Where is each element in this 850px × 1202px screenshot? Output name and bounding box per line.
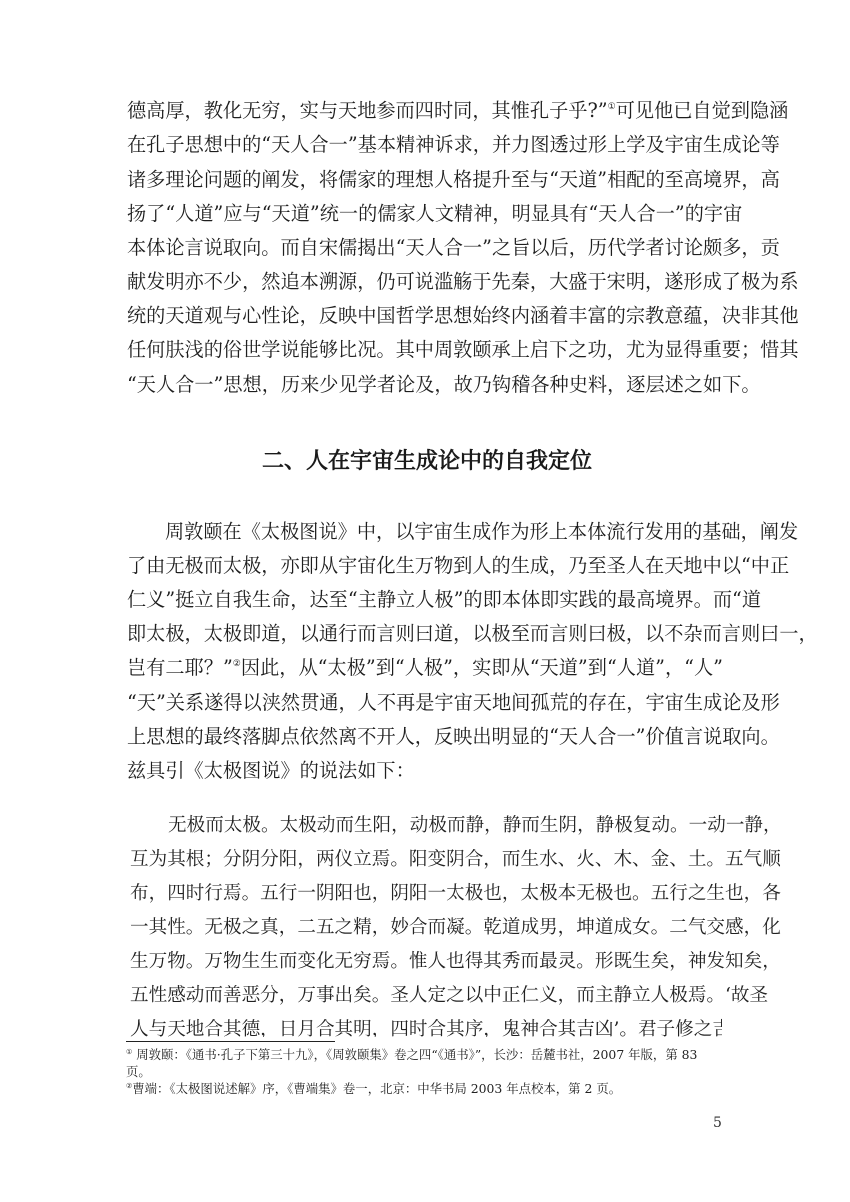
line-text: 岂有二耶？” bbox=[127, 656, 233, 679]
line-text: 可见他已自觉到隐涵 bbox=[616, 99, 789, 122]
paragraph-2-line-3: 仁义”挺立自我生命，达至“主静立人极”的即本体即实践的最高境界。而“道 bbox=[127, 585, 723, 615]
footnote-2: ②曹端：《太极图说述解》序，《曹端集》卷一，北京：中华书局 2003 年点校本，… bbox=[126, 1081, 726, 1097]
page-number: 5 bbox=[713, 1115, 722, 1131]
footnote-1: ① 周敦颐：《通书·孔子下第三十九》，《周敦颐集》卷之四“《通书》”，长沙：岳麓… bbox=[126, 1047, 726, 1063]
footnote-2-text: 曹端：《太极图说述解》序，《曹端集》卷一，北京：中华书局 2003 年点校本，第… bbox=[132, 1081, 621, 1096]
footnote-ref-2[interactable]: ② bbox=[233, 659, 241, 669]
footnote-1-text: 周敦颐：《通书·孔子下第三十九》，《周敦颐集》卷之四“《通书》”，长沙：岳麓书社… bbox=[132, 1047, 697, 1062]
paragraph-2-line-2: 了由无极而太极，亦即从宇宙化生万物到人的生成，乃至圣人在天地中以“中正 bbox=[127, 551, 723, 581]
paragraph-1-line-4: 扬了“人道”应与“天道”统一的儒家人文精神，明显具有“天人合一”的宇宙 bbox=[127, 199, 723, 229]
quote-line-7: 人与天地合其德，日月合其明，四时合其序，鬼神合其吉凶’。君子修之吉，小 bbox=[130, 1015, 722, 1037]
paragraph-1-line-7: 统的天道观与心性论，反映中国哲学思想始终内涵着丰富的宗教意蕴，决非其他 bbox=[127, 301, 723, 331]
paragraph-2-line-8: 兹具引《太极图说》的说法如下： bbox=[127, 756, 723, 786]
footnote-1-continuation: 页。 bbox=[126, 1064, 726, 1080]
quote-line-4: 一其性。无极之真，二五之精，妙合而凝。乾道成男，坤道成女。二气交感，化 bbox=[130, 913, 722, 943]
quote-line-6: 五性感动而善恶分，万事出矣。圣人定之以中正仁义，而主静立人极焉。‘故圣 bbox=[130, 981, 722, 1011]
paragraph-2-line-5: 岂有二耶？”②因此，从“太极”到“人极”，实即从“天道”到“人道”，“人” bbox=[127, 653, 723, 683]
paragraph-2-line-1: 周敦颐在《太极图说》中，以宇宙生成作为形上本体流行发用的基础，阐发 bbox=[165, 517, 723, 547]
paragraph-1-line-9: “天人合一”思想，历来少见学者论及，故乃钩稽各种史料，逐层述之如下。 bbox=[127, 370, 723, 400]
document-page: 德高厚，教化无穷，实与天地参而四时同，其惟孔子乎?”①可见他已自觉到隐涵 在孔子… bbox=[0, 0, 850, 1202]
paragraph-2-line-7: 上思想的最终落脚点依然离不开人，反映出明显的“天人合一”价值言说取向。 bbox=[127, 722, 723, 752]
line-text: 德高厚，教化无穷，实与天地参而四时同，其惟孔子乎?” bbox=[127, 99, 608, 122]
section-heading: 二、人在宇宙生成论中的自我定位 bbox=[0, 447, 850, 477]
paragraph-1-line-1: 德高厚，教化无穷，实与天地参而四时同，其惟孔子乎?”①可见他已自觉到隐涵 bbox=[127, 96, 723, 126]
paragraph-1-line-3: 诸多理论问题的阐发，将儒家的理想人格提升至与“天道”相配的至高境界，高 bbox=[127, 165, 723, 195]
quote-line-1: 无极而太极。太极动而生阳，动极而静，静而生阴，静极复动。一动一静， bbox=[168, 811, 722, 841]
quote-line-5: 生万物。万物生生而变化无穷焉。惟人也得其秀而最灵。形既生矣，神发知矣， bbox=[130, 947, 722, 977]
paragraph-2-line-4: 即太极，太极即道，以通行而言则曰道，以极至而言则曰极，以不杂而言则曰一， bbox=[127, 619, 723, 649]
paragraph-1-line-5: 本体论言说取向。而自宋儒揭出“天人合一”之旨以后，历代学者讨论颇多，贡 bbox=[127, 233, 723, 263]
quote-line-3: 布，四时行焉。五行一阴阳也，阴阳一太极也，太极本无极也。五行之生也，各 bbox=[130, 879, 722, 909]
paragraph-1-line-6: 献发明亦不少，然追本溯源，仍可说滥觞于先秦，大盛于宋明，遂形成了极为系 bbox=[127, 267, 723, 297]
paragraph-1-line-2: 在孔子思想中的“天人合一”基本精神诉求，并力图透过形上学及宇宙生成论等 bbox=[127, 130, 723, 160]
line-text: 因此，从“太极”到“人极”，实即从“天道”到“人道”，“人” bbox=[241, 656, 723, 679]
paragraph-1-line-8: 任何肤浅的俗世学说能够比况。其中周敦颐承上启下之功，尤为显得重要；惜其 bbox=[127, 335, 723, 365]
quote-line-2: 互为其根；分阴分阳，两仪立焉。阳变阴合，而生水、火、木、金、土。五气顺 bbox=[130, 845, 722, 875]
footnote-ref-1[interactable]: ① bbox=[608, 102, 616, 112]
paragraph-2-line-6: “天”关系遂得以浃然贯通，人不再是宇宙天地间孤荒的存在，宇宙生成论及形 bbox=[127, 688, 723, 718]
footnote-separator bbox=[126, 1041, 335, 1042]
